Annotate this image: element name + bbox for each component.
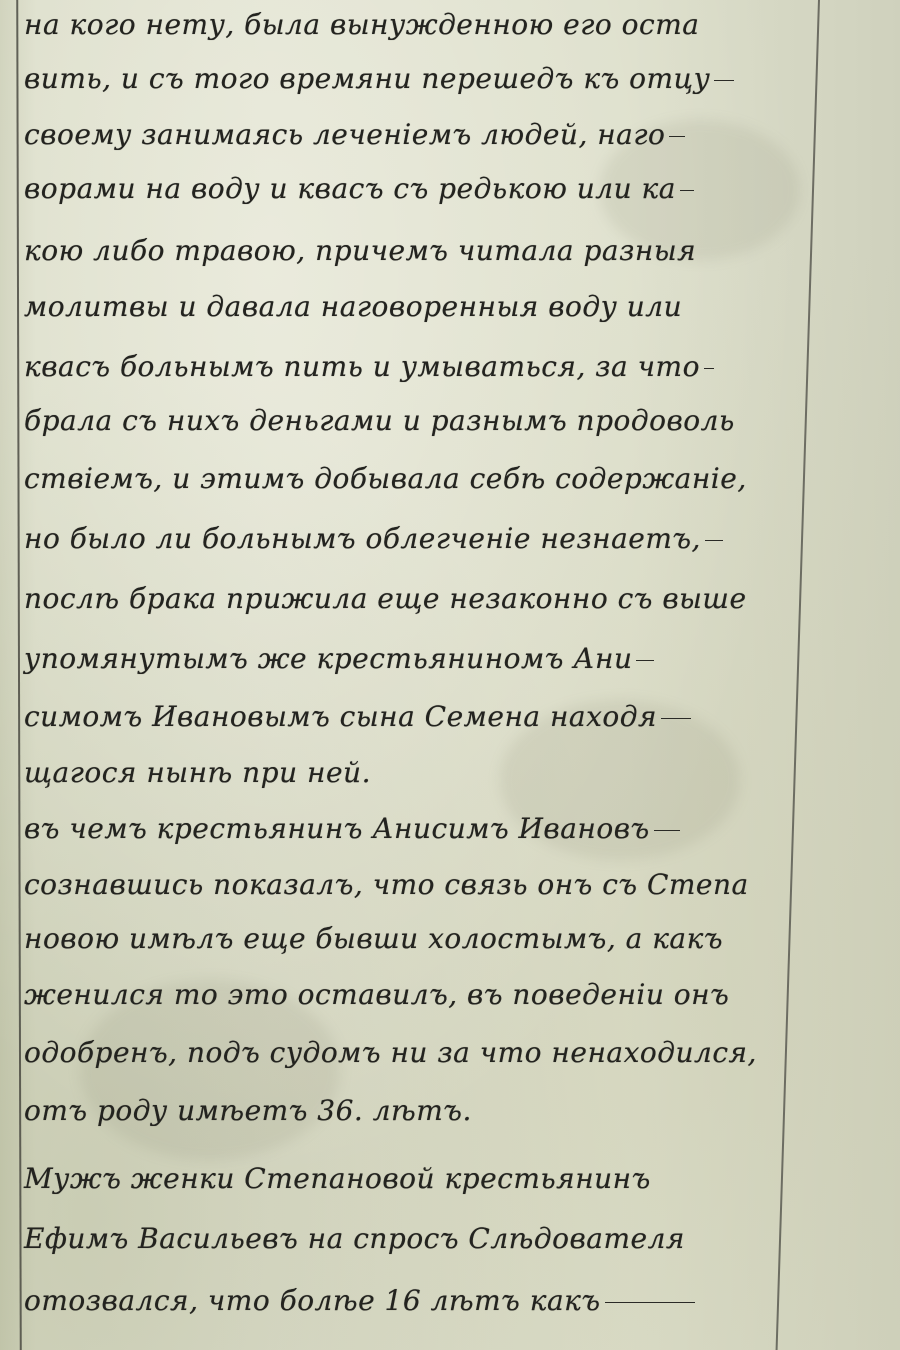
manuscript-line: Ефимъ Васильевъ на спросъ Слѣдователя [24,1222,685,1255]
manuscript-line: отъ роду имѣетъ 36. лѣтъ. [24,1094,472,1127]
manuscript-line: брала съ нихъ деньгами и разнымъ продово… [24,404,735,437]
manuscript-line: своему занимаясь леченiемъ людей, наго [24,118,685,151]
line-text: Ефимъ Васильевъ на спросъ Слѣдователя [24,1222,685,1255]
line-text: ствiемъ, и этимъ добывала себѣ содержанi… [24,462,747,495]
manuscript-line: молитвы и давала наговоренныя воду или [24,290,682,323]
line-text: сознавшись показалъ, что связь онъ съ Ст… [24,868,749,901]
manuscript-line: новою имѣлъ еще бывши холостымъ, а какъ [24,922,723,955]
line-text: вить, и съ того времяни перешедъ къ отцу [24,62,710,95]
line-continuation-dash [705,540,723,542]
manuscript-line: ворами на воду и квасъ съ редькою или ка [24,172,694,205]
manuscript-line: квасъ больнымъ пить и умываться, за что [24,350,714,383]
manuscript-line: симомъ Ивановымъ сына Семена находя [24,700,691,733]
manuscript-line: кою либо травою, причемъ читала разныя [24,234,696,267]
line-text: въ чемъ крестьянинъ Анисимъ Ивановъ [24,812,650,845]
line-text: упомянутымъ же крестьяниномъ Ани [24,642,632,675]
manuscript-line: щагося нынѣ при ней. [24,756,371,789]
line-text: Мужъ женки Степановой крестьянинъ [24,1162,651,1195]
line-text: отозвался, что болѣе 16 лѣтъ какъ [24,1284,601,1317]
line-text: одобренъ, подъ судомъ ни за что ненаходи… [24,1036,757,1069]
line-continuation-dash [704,368,714,370]
manuscript-line: одобренъ, подъ судомъ ни за что ненаходи… [24,1036,757,1069]
manuscript-line: на кого нету, была вынужденною его оста [24,8,699,41]
line-continuation-dash [661,718,691,720]
manuscript-line: но было ли больнымъ облегченiе незнаетъ, [24,522,723,555]
line-text: молитвы и давала наговоренныя воду или [24,290,682,323]
line-text: своему занимаясь леченiемъ людей, наго [24,118,665,151]
manuscript-line: послѣ брака прижила еще незаконно съ выш… [24,582,747,615]
line-continuation-dash [636,660,654,662]
manuscript-line: ствiемъ, и этимъ добывала себѣ содержанi… [24,462,747,495]
line-text: послѣ брака прижила еще незаконно съ выш… [24,582,747,615]
manuscript-page: на кого нету, была вынужденною его остав… [0,0,900,1350]
manuscript-line: отозвался, что болѣе 16 лѣтъ какъ [24,1284,695,1317]
line-text: квасъ больнымъ пить и умываться, за что [24,350,700,383]
line-text: щагося нынѣ при ней. [24,756,371,789]
manuscript-line: сознавшись показалъ, что связь онъ съ Ст… [24,868,749,901]
left-margin-rule [16,0,21,1350]
line-continuation-dash [680,190,694,192]
manuscript-line: Мужъ женки Степановой крестьянинъ [24,1162,651,1195]
line-text: симомъ Ивановымъ сына Семена находя [24,700,657,733]
line-continuation-dash [714,80,734,82]
manuscript-line: вить, и съ того времяни перешедъ къ отцу [24,62,734,95]
line-continuation-dash [654,830,680,832]
line-text: кою либо травою, причемъ читала разныя [24,234,696,267]
line-text: брала съ нихъ деньгами и разнымъ продово… [24,404,735,437]
manuscript-line: упомянутымъ же крестьяниномъ Ани [24,642,654,675]
manuscript-line: въ чемъ крестьянинъ Анисимъ Ивановъ [24,812,680,845]
line-text: новою имѣлъ еще бывши холостымъ, а какъ [24,922,723,955]
manuscript-line: женился то это оставилъ, въ поведенiи он… [24,978,729,1011]
line-text: отъ роду имѣетъ 36. лѣтъ. [24,1094,472,1127]
line-text: ворами на воду и квасъ съ редькою или ка [24,172,676,205]
line-text: на кого нету, была вынужденною его оста [24,8,699,41]
line-text: женился то это оставилъ, въ поведенiи он… [24,978,729,1011]
line-continuation-dash [605,1302,695,1304]
line-text: но было ли больнымъ облегченiе незнаетъ, [24,522,701,555]
line-continuation-dash [669,136,685,138]
